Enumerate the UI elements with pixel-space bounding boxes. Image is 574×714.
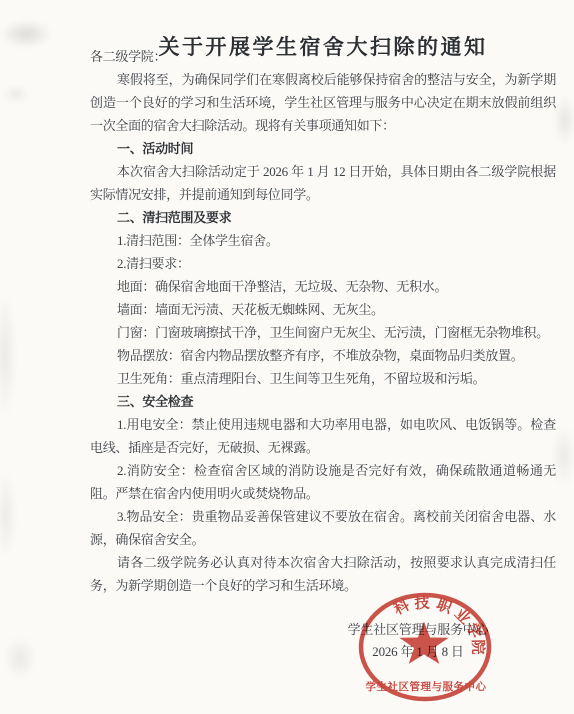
paragraph-indent: 1.用电安全：禁止使用违规电器和大功率用电器，如电吹风、电饭锅等。检查电线、插座… (90, 413, 556, 459)
scan-smudge (0, 470, 16, 560)
seal-arc-char: 技 (413, 595, 430, 613)
official-seal-stamp: 科 技 职 业 学 院 学生社区管理与服务中心 (350, 586, 502, 714)
scan-smudge (2, 86, 30, 102)
paragraph-indent: 寒假将至，为确保同学们在寒假离校后能够保持宿舍的整洁与安全，为新学期创造一个良好… (90, 68, 556, 137)
scan-smudge (4, 636, 36, 680)
seal-arc-char: 院 (469, 639, 487, 654)
paragraph-heading: 二、清扫范围及要求 (90, 206, 556, 229)
paragraph-indent: 地面：确保宿舍地面干净整洁，无垃圾、无杂物、无积水。 (90, 275, 556, 298)
paragraph-indent: 2.清扫要求： (90, 252, 556, 275)
seal-arc-char: 科 (390, 595, 413, 619)
scanned-notice-page: 关于开展学生宿舍大扫除的通知 各二级学院：寒假将至，为确保同学们在寒假离校后能够… (0, 0, 574, 714)
scan-smudge (0, 290, 16, 420)
scan-smudge (0, 20, 52, 48)
document-body: 各二级学院：寒假将至，为确保同学们在寒假离校后能够保持宿舍的整洁与安全，为新学期… (90, 45, 556, 597)
paragraph-indent: 物品摆放：宿舍内物品摆放整齐有序，不堆放杂物，桌面物品归类放置。 (90, 344, 556, 367)
paragraph-indent: 本次宿舍大扫除活动定于 2026 年 1 月 12 日开始，具体日期由各二级学院… (90, 160, 556, 206)
star-icon (399, 622, 448, 664)
paragraph-indent: 门窗：门窗玻璃擦拭干净，卫生间窗户无灰尘、无污渍，门窗框无杂物堆积。 (90, 321, 556, 344)
paragraph-indent: 2.消防安全：检查宿舍区域的消防设施是否完好有效，确保疏散通道畅通无阻。严禁在宿… (90, 459, 556, 505)
paragraph-indent: 3.物品安全：贵重物品妥善保管建议不要放在宿舍。离校前关闭宿舍电器、水源，确保宿… (90, 505, 556, 551)
seal-bottom-text: 学生社区管理与服务中心 (366, 680, 487, 693)
paragraph-indent: 卫生死角：重点清理阳台、卫生间等卫生死角，不留垃圾和污垢。 (90, 367, 556, 390)
paragraph-heading: 一、活动时间 (90, 137, 556, 160)
paragraph-heading: 三、安全检查 (90, 390, 556, 413)
paragraph-plain: 各二级学院： (90, 45, 556, 68)
paragraph-indent: 墙面：墙面无污渍、天花板无蜘蛛网、无灰尘。 (90, 298, 556, 321)
scan-smudge (554, 94, 574, 146)
paragraph-indent: 1.清扫范围：全体学生宿舍。 (90, 229, 556, 252)
